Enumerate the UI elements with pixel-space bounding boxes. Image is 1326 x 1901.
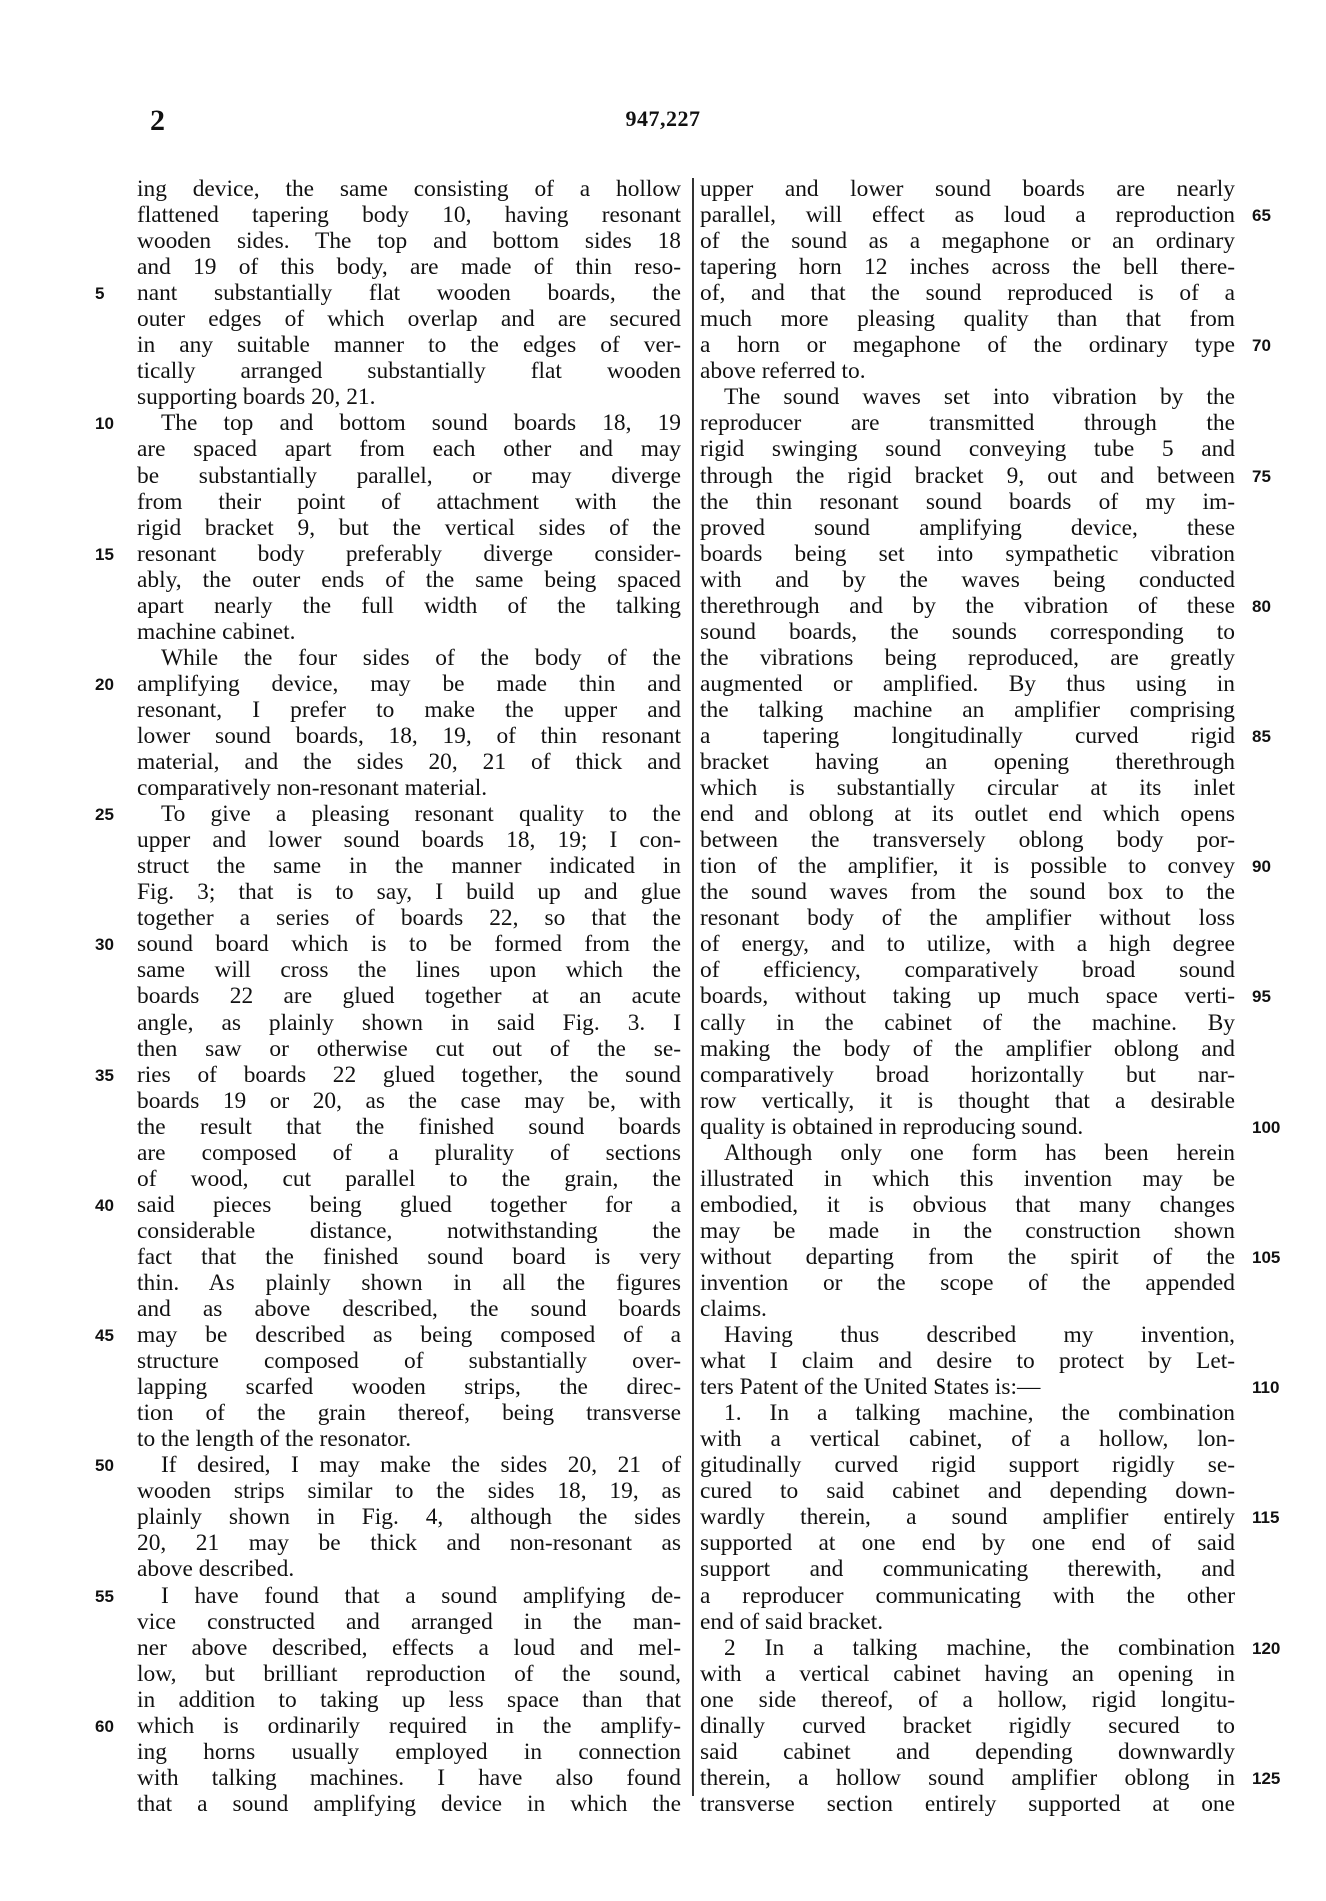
text-line: dinally curved bracket rigidly secured t…: [700, 1713, 1235, 1739]
line-text: may be described as being composed of a: [137, 1322, 681, 1348]
text-line: The sound waves set into vibration by th…: [700, 384, 1235, 410]
line-text: boards 22 are glued together at an acute: [137, 983, 681, 1009]
line-text: lapping scarfed wooden strips, the direc…: [137, 1374, 681, 1400]
text-line: of efficiency, comparatively broad sound: [700, 957, 1235, 983]
line-text: with a vertical cabinet, of a hollow, lo…: [700, 1426, 1235, 1452]
text-line: wardly therein, a sound amplifier entire…: [700, 1504, 1235, 1530]
line-text: said cabinet and depending downwardly: [700, 1739, 1235, 1765]
text-line: nant substantially flat wooden boards, t…: [137, 280, 681, 306]
text-line: between the transversely oblong body por…: [700, 827, 1235, 853]
text-line: wooden sides. The top and bottom sides 1…: [137, 228, 681, 254]
line-text: ing device, the same consisting of a hol…: [137, 176, 681, 202]
line-text: said pieces being glued together for a: [137, 1192, 681, 1218]
line-number: 40: [95, 1193, 114, 1219]
line-text: sound boards, the sounds corresponding t…: [700, 619, 1235, 645]
left-column: ing device, the same consisting of a hol…: [137, 176, 681, 1817]
line-text: outer edges of which overlap and are sec…: [137, 306, 681, 332]
line-text: above referred to.: [700, 358, 866, 384]
text-line: resonant body of the amplifier without l…: [700, 905, 1235, 931]
line-text: from their point of attachment with the: [137, 489, 681, 515]
line-text: a horn or megaphone of the ordinary type: [700, 332, 1235, 358]
line-text: The sound waves set into vibration by th…: [724, 384, 1235, 410]
text-line: of wood, cut parallel to the grain, the: [137, 1166, 681, 1192]
right-column: upper and lower sound boards are nearlyp…: [700, 176, 1235, 1817]
text-line: flattened tapering body 10, having reson…: [137, 202, 681, 228]
line-text: sound board which is to be formed from t…: [137, 931, 681, 957]
line-text: in any suitable manner to the edges of v…: [137, 332, 681, 358]
text-line: support and communicating therewith, and: [700, 1556, 1235, 1582]
text-line: which is substantially circular at its i…: [700, 775, 1235, 801]
text-line: struct the same in the manner indicated …: [137, 853, 681, 879]
text-line: invention or the scope of the appended: [700, 1270, 1235, 1296]
text-line: tically arranged substantially flat wood…: [137, 358, 681, 384]
line-text: Although only one form has been herein: [724, 1140, 1235, 1166]
text-line: bracket having an opening therethrough: [700, 749, 1235, 775]
line-text: invention or the scope of the appended: [700, 1270, 1235, 1296]
line-text: transverse section entirely supported at…: [700, 1791, 1235, 1817]
text-line: transverse section entirely supported at…: [700, 1791, 1235, 1817]
text-line: from their point of attachment with the: [137, 489, 681, 515]
line-text: the thin resonant sound boards of my im-: [700, 489, 1235, 515]
line-text: 1. In a talking machine, the combination: [724, 1400, 1235, 1426]
line-number: 90: [1252, 854, 1271, 880]
line-text: To give a pleasing resonant quality to t…: [161, 801, 681, 827]
line-text: fact that the finished sound board is ve…: [137, 1244, 681, 1270]
text-line: with and by the waves being conducted: [700, 567, 1235, 593]
line-number: 80: [1252, 594, 1271, 620]
text-line: tion of the amplifier, it is possible to…: [700, 853, 1235, 879]
line-text: considerable distance, notwithstanding t…: [137, 1218, 681, 1244]
text-line: illustrated in which this invention may …: [700, 1166, 1235, 1192]
text-line: same will cross the lines upon which the: [137, 957, 681, 983]
text-line: If desired, I may make the sides 20, 21 …: [137, 1452, 681, 1478]
line-text: vice constructed and arranged in the man…: [137, 1609, 681, 1635]
line-text: with and by the waves being conducted: [700, 567, 1235, 593]
line-number: 120: [1252, 1636, 1280, 1662]
line-text: between the transversely oblong body por…: [700, 827, 1235, 853]
line-text: wooden sides. The top and bottom sides 1…: [137, 228, 681, 254]
text-line: resonant body preferably diverge conside…: [137, 541, 681, 567]
line-text: boards 19 or 20, as the case may be, wit…: [137, 1088, 681, 1114]
line-text: quality is obtained in reproducing sound…: [700, 1114, 1083, 1140]
line-number: 105: [1252, 1245, 1280, 1271]
text-line: sound board which is to be formed from t…: [137, 931, 681, 957]
line-number: 85: [1252, 724, 1271, 750]
text-line: said pieces being glued together for a40: [137, 1192, 681, 1218]
line-number: 10: [95, 411, 114, 437]
line-number: 50: [95, 1453, 114, 1479]
line-text: one side thereof, of a hollow, rigid lon…: [700, 1687, 1235, 1713]
text-line: boards being set into sympathetic vibrat…: [700, 541, 1235, 567]
text-line: vice constructed and arranged in the man…: [137, 1609, 681, 1635]
text-line: may be described as being composed of a4…: [137, 1322, 681, 1348]
line-number: 25: [95, 802, 114, 828]
line-text: boards, without taking up much space ver…: [700, 983, 1235, 1009]
line-text: of the sound as a megaphone or an ordina…: [700, 228, 1235, 254]
patent-number: 947,227: [0, 106, 1326, 132]
line-text: ries of boards 22 glued together, the so…: [137, 1062, 681, 1088]
line-text: gitudinally curved rigid support rigidly…: [700, 1452, 1235, 1478]
text-line: rigid swinging sound conveying tube 5 an…: [700, 436, 1235, 462]
line-text: dinally curved bracket rigidly secured t…: [700, 1713, 1235, 1739]
line-text: 20, 21 may be thick and non-resonant as: [137, 1530, 681, 1556]
text-line: parallel, will effect as loud a reproduc…: [700, 202, 1235, 228]
text-line: are spaced apart from each other and may: [137, 436, 681, 462]
line-number: 115: [1252, 1505, 1279, 1531]
line-text: material, and the sides 20, 21 of thick …: [137, 749, 681, 775]
text-line: to the length of the resonator.: [137, 1426, 681, 1452]
line-text: of efficiency, comparatively broad sound: [700, 957, 1235, 983]
line-text: through the rigid bracket 9, out and bet…: [700, 463, 1235, 489]
line-number: 20: [95, 672, 114, 698]
text-line: with talking machines. I have also found: [137, 1765, 681, 1791]
text-line: boards 22 are glued together at an acute: [137, 983, 681, 1009]
text-line: wooden strips similar to the sides 18, 1…: [137, 1478, 681, 1504]
line-text: resonant body of the amplifier without l…: [700, 905, 1235, 931]
text-line: in any suitable manner to the edges of v…: [137, 332, 681, 358]
text-line: I have found that a sound amplifying de-…: [137, 1583, 681, 1609]
line-text: tion of the grain thereof, being transve…: [137, 1400, 681, 1426]
text-line: a reproducer communicating with the othe…: [700, 1583, 1235, 1609]
line-text: flattened tapering body 10, having reson…: [137, 202, 681, 228]
line-text: the talking machine an amplifier compris…: [700, 697, 1235, 723]
text-line: rigid bracket 9, but the vertical sides …: [137, 515, 681, 541]
line-text: support and communicating therewith, and: [700, 1556, 1235, 1582]
line-text: of energy, and to utilize, with a high d…: [700, 931, 1235, 957]
line-text: end and oblong at its outlet end which o…: [700, 801, 1235, 827]
text-line: with a vertical cabinet, of a hollow, lo…: [700, 1426, 1235, 1452]
text-line: therein, a hollow sound amplifier oblong…: [700, 1765, 1235, 1791]
line-text: are spaced apart from each other and may: [137, 436, 681, 462]
line-text: proved sound amplifying device, these: [700, 515, 1235, 541]
line-text: a tapering longitudinally curved rigid: [700, 723, 1235, 749]
text-line: which is ordinarily required in the ampl…: [137, 1713, 681, 1739]
line-text: then saw or otherwise cut out of the se-: [137, 1036, 681, 1062]
line-text: row vertically, it is thought that a des…: [700, 1088, 1235, 1114]
text-line: outer edges of which overlap and are sec…: [137, 306, 681, 332]
text-line: one side thereof, of a hollow, rigid lon…: [700, 1687, 1235, 1713]
line-text: with a vertical cabinet having an openin…: [700, 1661, 1235, 1687]
line-number: 45: [95, 1323, 114, 1349]
line-text: struct the same in the manner indicated …: [137, 853, 681, 879]
line-text: are composed of a plurality of sections: [137, 1140, 681, 1166]
line-text: comparatively broad horizontally but nar…: [700, 1062, 1235, 1088]
text-line: cured to said cabinet and depending down…: [700, 1478, 1235, 1504]
line-number: 30: [95, 932, 114, 958]
line-text: tion of the amplifier, it is possible to…: [700, 853, 1235, 879]
line-text: wardly therein, a sound amplifier entire…: [700, 1504, 1235, 1530]
text-line: that a sound amplifying device in which …: [137, 1791, 681, 1817]
text-line: Having thus described my invention,: [700, 1322, 1235, 1348]
text-line: end and oblong at its outlet end which o…: [700, 801, 1235, 827]
line-text: low, but brilliant reproduction of the s…: [137, 1661, 681, 1687]
text-line: ries of boards 22 glued together, the so…: [137, 1062, 681, 1088]
line-text: embodied, it is obvious that many change…: [700, 1192, 1235, 1218]
text-line: plainly shown in Fig. 4, although the si…: [137, 1504, 681, 1530]
line-number: 55: [95, 1584, 114, 1610]
text-line: supporting boards 20, 21.: [137, 384, 681, 410]
column-divider: [692, 178, 694, 1796]
line-text: therethrough and by the vibration of the…: [700, 593, 1235, 619]
line-text: in addition to taking up less space than…: [137, 1687, 681, 1713]
text-line: machine cabinet.: [137, 619, 681, 645]
line-text: If desired, I may make the sides 20, 21 …: [161, 1452, 681, 1478]
text-line: with a vertical cabinet having an openin…: [700, 1661, 1235, 1687]
text-line: low, but brilliant reproduction of the s…: [137, 1661, 681, 1687]
line-text: may be made in the construction shown: [700, 1218, 1235, 1244]
text-line: said cabinet and depending downwardly: [700, 1739, 1235, 1765]
text-line: ably, the outer ends of the same being s…: [137, 567, 681, 593]
text-line: structure composed of substantially over…: [137, 1348, 681, 1374]
text-line: a tapering longitudinally curved rigid85: [700, 723, 1235, 749]
text-line: embodied, it is obvious that many change…: [700, 1192, 1235, 1218]
line-number: 110: [1252, 1375, 1279, 1401]
text-line: may be made in the construction shown: [700, 1218, 1235, 1244]
line-text: together a series of boards 22, so that …: [137, 905, 681, 931]
line-text: parallel, will effect as loud a reproduc…: [700, 202, 1235, 228]
line-text: same will cross the lines upon which the: [137, 957, 681, 983]
text-line: in addition to taking up less space than…: [137, 1687, 681, 1713]
line-number: 100: [1252, 1115, 1280, 1141]
line-text: and as above described, the sound boards: [137, 1296, 681, 1322]
line-text: to the length of the resonator.: [137, 1426, 411, 1452]
text-line: To give a pleasing resonant quality to t…: [137, 801, 681, 827]
line-text: therein, a hollow sound amplifier oblong…: [700, 1765, 1235, 1791]
line-number: 65: [1252, 203, 1271, 229]
text-line: material, and the sides 20, 21 of thick …: [137, 749, 681, 775]
text-line: row vertically, it is thought that a des…: [700, 1088, 1235, 1114]
text-line: what I claim and desire to protect by Le…: [700, 1348, 1235, 1374]
line-text: upper and lower sound boards are nearly: [700, 176, 1235, 202]
line-text: tapering horn 12 inches across the bell …: [700, 254, 1235, 280]
line-text: end of said bracket.: [700, 1609, 883, 1635]
text-line: ing horns usually employed in connection: [137, 1739, 681, 1765]
line-number: 15: [95, 542, 114, 568]
text-line: 20, 21 may be thick and non-resonant as: [137, 1530, 681, 1556]
line-text: apart nearly the full width of the talki…: [137, 593, 681, 619]
text-line: end of said bracket.: [700, 1609, 1235, 1635]
line-text: wooden strips similar to the sides 18, 1…: [137, 1478, 681, 1504]
line-text: much more pleasing quality than that fro…: [700, 306, 1235, 332]
line-text: plainly shown in Fig. 4, although the si…: [137, 1504, 681, 1530]
text-line: sound boards, the sounds corresponding t…: [700, 619, 1235, 645]
text-line: and as above described, the sound boards: [137, 1296, 681, 1322]
line-number: 60: [95, 1714, 114, 1740]
line-text: ters Patent of the United States is:—: [700, 1374, 1040, 1400]
text-line: cally in the cabinet of the machine. By: [700, 1010, 1235, 1036]
text-line: lower sound boards, 18, 19, of thin reso…: [137, 723, 681, 749]
text-line: boards, without taking up much space ver…: [700, 983, 1235, 1009]
line-text: amplifying device, may be made thin and: [137, 671, 681, 697]
text-line: of, and that the sound reproduced is of …: [700, 280, 1235, 306]
text-line: claims.: [700, 1296, 1235, 1322]
line-text: claims.: [700, 1296, 767, 1322]
line-text: resonant body preferably diverge conside…: [137, 541, 681, 567]
line-text: without departing from the spirit of the: [700, 1244, 1235, 1270]
line-text: rigid bracket 9, but the vertical sides …: [137, 515, 681, 541]
text-line: are composed of a plurality of sections: [137, 1140, 681, 1166]
text-line: the talking machine an amplifier compris…: [700, 697, 1235, 723]
line-text: the result that the finished sound board…: [137, 1114, 681, 1140]
line-text: with talking machines. I have also found: [137, 1765, 681, 1791]
text-line: the vibrations being reproduced, are gre…: [700, 645, 1235, 671]
line-text: ner above described, effects a loud and …: [137, 1635, 681, 1661]
line-text: reproducer are transmitted through the: [700, 410, 1235, 436]
text-line: comparatively non-resonant material.: [137, 775, 681, 801]
text-line: tion of the grain thereof, being transve…: [137, 1400, 681, 1426]
line-text: supported at one end by one end of said: [700, 1530, 1235, 1556]
line-text: supporting boards 20, 21.: [137, 384, 375, 410]
line-text: I have found that a sound amplifying de-: [161, 1583, 681, 1609]
line-text: resonant, I prefer to make the upper and: [137, 697, 681, 723]
line-text: Having thus described my invention,: [724, 1322, 1235, 1348]
text-line: gitudinally curved rigid support rigidly…: [700, 1452, 1235, 1478]
line-text: be substantially parallel, or may diverg…: [137, 463, 681, 489]
line-text: the sound waves from the sound box to th…: [700, 879, 1235, 905]
line-number: 35: [95, 1063, 114, 1089]
line-text: Fig. 3; that is to say, I build up and g…: [137, 879, 681, 905]
text-line: boards 19 or 20, as the case may be, wit…: [137, 1088, 681, 1114]
text-line: 2 In a talking machine, the combination1…: [700, 1635, 1235, 1661]
text-line: of energy, and to utilize, with a high d…: [700, 931, 1235, 957]
text-line: augmented or amplified. By thus using in: [700, 671, 1235, 697]
text-line: fact that the finished sound board is ve…: [137, 1244, 681, 1270]
text-line: Although only one form has been herein: [700, 1140, 1235, 1166]
text-line: above referred to.: [700, 358, 1235, 384]
line-text: of wood, cut parallel to the grain, the: [137, 1166, 681, 1192]
text-line: of the sound as a megaphone or an ordina…: [700, 228, 1235, 254]
line-number: 70: [1252, 333, 1271, 359]
text-line: amplifying device, may be made thin and2…: [137, 671, 681, 697]
line-text: structure composed of substantially over…: [137, 1348, 681, 1374]
line-text: cally in the cabinet of the machine. By: [700, 1010, 1235, 1036]
text-line: upper and lower sound boards 18, 19; I c…: [137, 827, 681, 853]
line-text: comparatively non-resonant material.: [137, 775, 487, 801]
text-line: ters Patent of the United States is:—110: [700, 1374, 1235, 1400]
text-line: then saw or otherwise cut out of the se-: [137, 1036, 681, 1062]
line-text: angle, as plainly shown in said Fig. 3. …: [137, 1010, 681, 1036]
text-line: through the rigid bracket 9, out and bet…: [700, 463, 1235, 489]
line-text: augmented or amplified. By thus using in: [700, 671, 1235, 697]
text-line: quality is obtained in reproducing sound…: [700, 1114, 1235, 1140]
line-text: nant substantially flat wooden boards, t…: [137, 280, 681, 306]
line-number: 95: [1252, 984, 1271, 1010]
line-text: upper and lower sound boards 18, 19; I c…: [137, 827, 681, 853]
line-text: making the body of the amplifier oblong …: [700, 1036, 1235, 1062]
text-line: without departing from the spirit of the…: [700, 1244, 1235, 1270]
text-line: upper and lower sound boards are nearly: [700, 176, 1235, 202]
line-text: While the four sides of the body of the: [161, 645, 681, 671]
line-text: of, and that the sound reproduced is of …: [700, 280, 1235, 306]
text-line: the result that the finished sound board…: [137, 1114, 681, 1140]
line-number: 75: [1252, 464, 1271, 490]
line-text: what I claim and desire to protect by Le…: [700, 1348, 1235, 1374]
text-line: a horn or megaphone of the ordinary type…: [700, 332, 1235, 358]
text-line: tapering horn 12 inches across the bell …: [700, 254, 1235, 280]
text-line: lapping scarfed wooden strips, the direc…: [137, 1374, 681, 1400]
text-line: and 19 of this body, are made of thin re…: [137, 254, 681, 280]
line-text: ing horns usually employed in connection: [137, 1739, 681, 1765]
line-text: above described.: [137, 1556, 294, 1582]
text-line: ing device, the same consisting of a hol…: [137, 176, 681, 202]
text-line: together a series of boards 22, so that …: [137, 905, 681, 931]
line-text: which is ordinarily required in the ampl…: [137, 1713, 681, 1739]
text-line: ner above described, effects a loud and …: [137, 1635, 681, 1661]
line-text: which is substantially circular at its i…: [700, 775, 1235, 801]
text-line: angle, as plainly shown in said Fig. 3. …: [137, 1010, 681, 1036]
line-number: 125: [1252, 1766, 1280, 1792]
text-line: Fig. 3; that is to say, I build up and g…: [137, 879, 681, 905]
text-line: comparatively broad horizontally but nar…: [700, 1062, 1235, 1088]
line-text: cured to said cabinet and depending down…: [700, 1478, 1235, 1504]
text-line: reproducer are transmitted through the: [700, 410, 1235, 436]
line-text: the vibrations being reproduced, are gre…: [700, 645, 1235, 671]
line-text: illustrated in which this invention may …: [700, 1166, 1235, 1192]
line-text: machine cabinet.: [137, 619, 295, 645]
line-text: bracket having an opening therethrough: [700, 749, 1235, 775]
text-line: apart nearly the full width of the talki…: [137, 593, 681, 619]
line-text: and 19 of this body, are made of thin re…: [137, 254, 681, 280]
line-text: that a sound amplifying device in which …: [137, 1791, 681, 1817]
line-text: lower sound boards, 18, 19, of thin reso…: [137, 723, 681, 749]
line-text: a reproducer communicating with the othe…: [700, 1583, 1235, 1609]
text-line: much more pleasing quality than that fro…: [700, 306, 1235, 332]
text-line: therethrough and by the vibration of the…: [700, 593, 1235, 619]
text-line: making the body of the amplifier oblong …: [700, 1036, 1235, 1062]
text-line: the sound waves from the sound box to th…: [700, 879, 1235, 905]
line-text: 2 In a talking machine, the combination: [724, 1635, 1235, 1661]
line-text: boards being set into sympathetic vibrat…: [700, 541, 1235, 567]
text-line: supported at one end by one end of said: [700, 1530, 1235, 1556]
text-line: thin. As plainly shown in all the figure…: [137, 1270, 681, 1296]
text-line: considerable distance, notwithstanding t…: [137, 1218, 681, 1244]
text-line: 1. In a talking machine, the combination: [700, 1400, 1235, 1426]
line-text: The top and bottom sound boards 18, 19: [161, 410, 681, 436]
line-number: 5: [95, 281, 104, 307]
line-text: ably, the outer ends of the same being s…: [137, 567, 681, 593]
line-text: tically arranged substantially flat wood…: [137, 358, 681, 384]
line-text: thin. As plainly shown in all the figure…: [137, 1270, 681, 1296]
text-line: above described.: [137, 1556, 681, 1582]
text-line: While the four sides of the body of the: [137, 645, 681, 671]
text-line: be substantially parallel, or may diverg…: [137, 463, 681, 489]
text-line: The top and bottom sound boards 18, 1910: [137, 410, 681, 436]
line-text: rigid swinging sound conveying tube 5 an…: [700, 436, 1235, 462]
text-line: resonant, I prefer to make the upper and: [137, 697, 681, 723]
text-line: proved sound amplifying device, these: [700, 515, 1235, 541]
text-line: the thin resonant sound boards of my im-: [700, 489, 1235, 515]
